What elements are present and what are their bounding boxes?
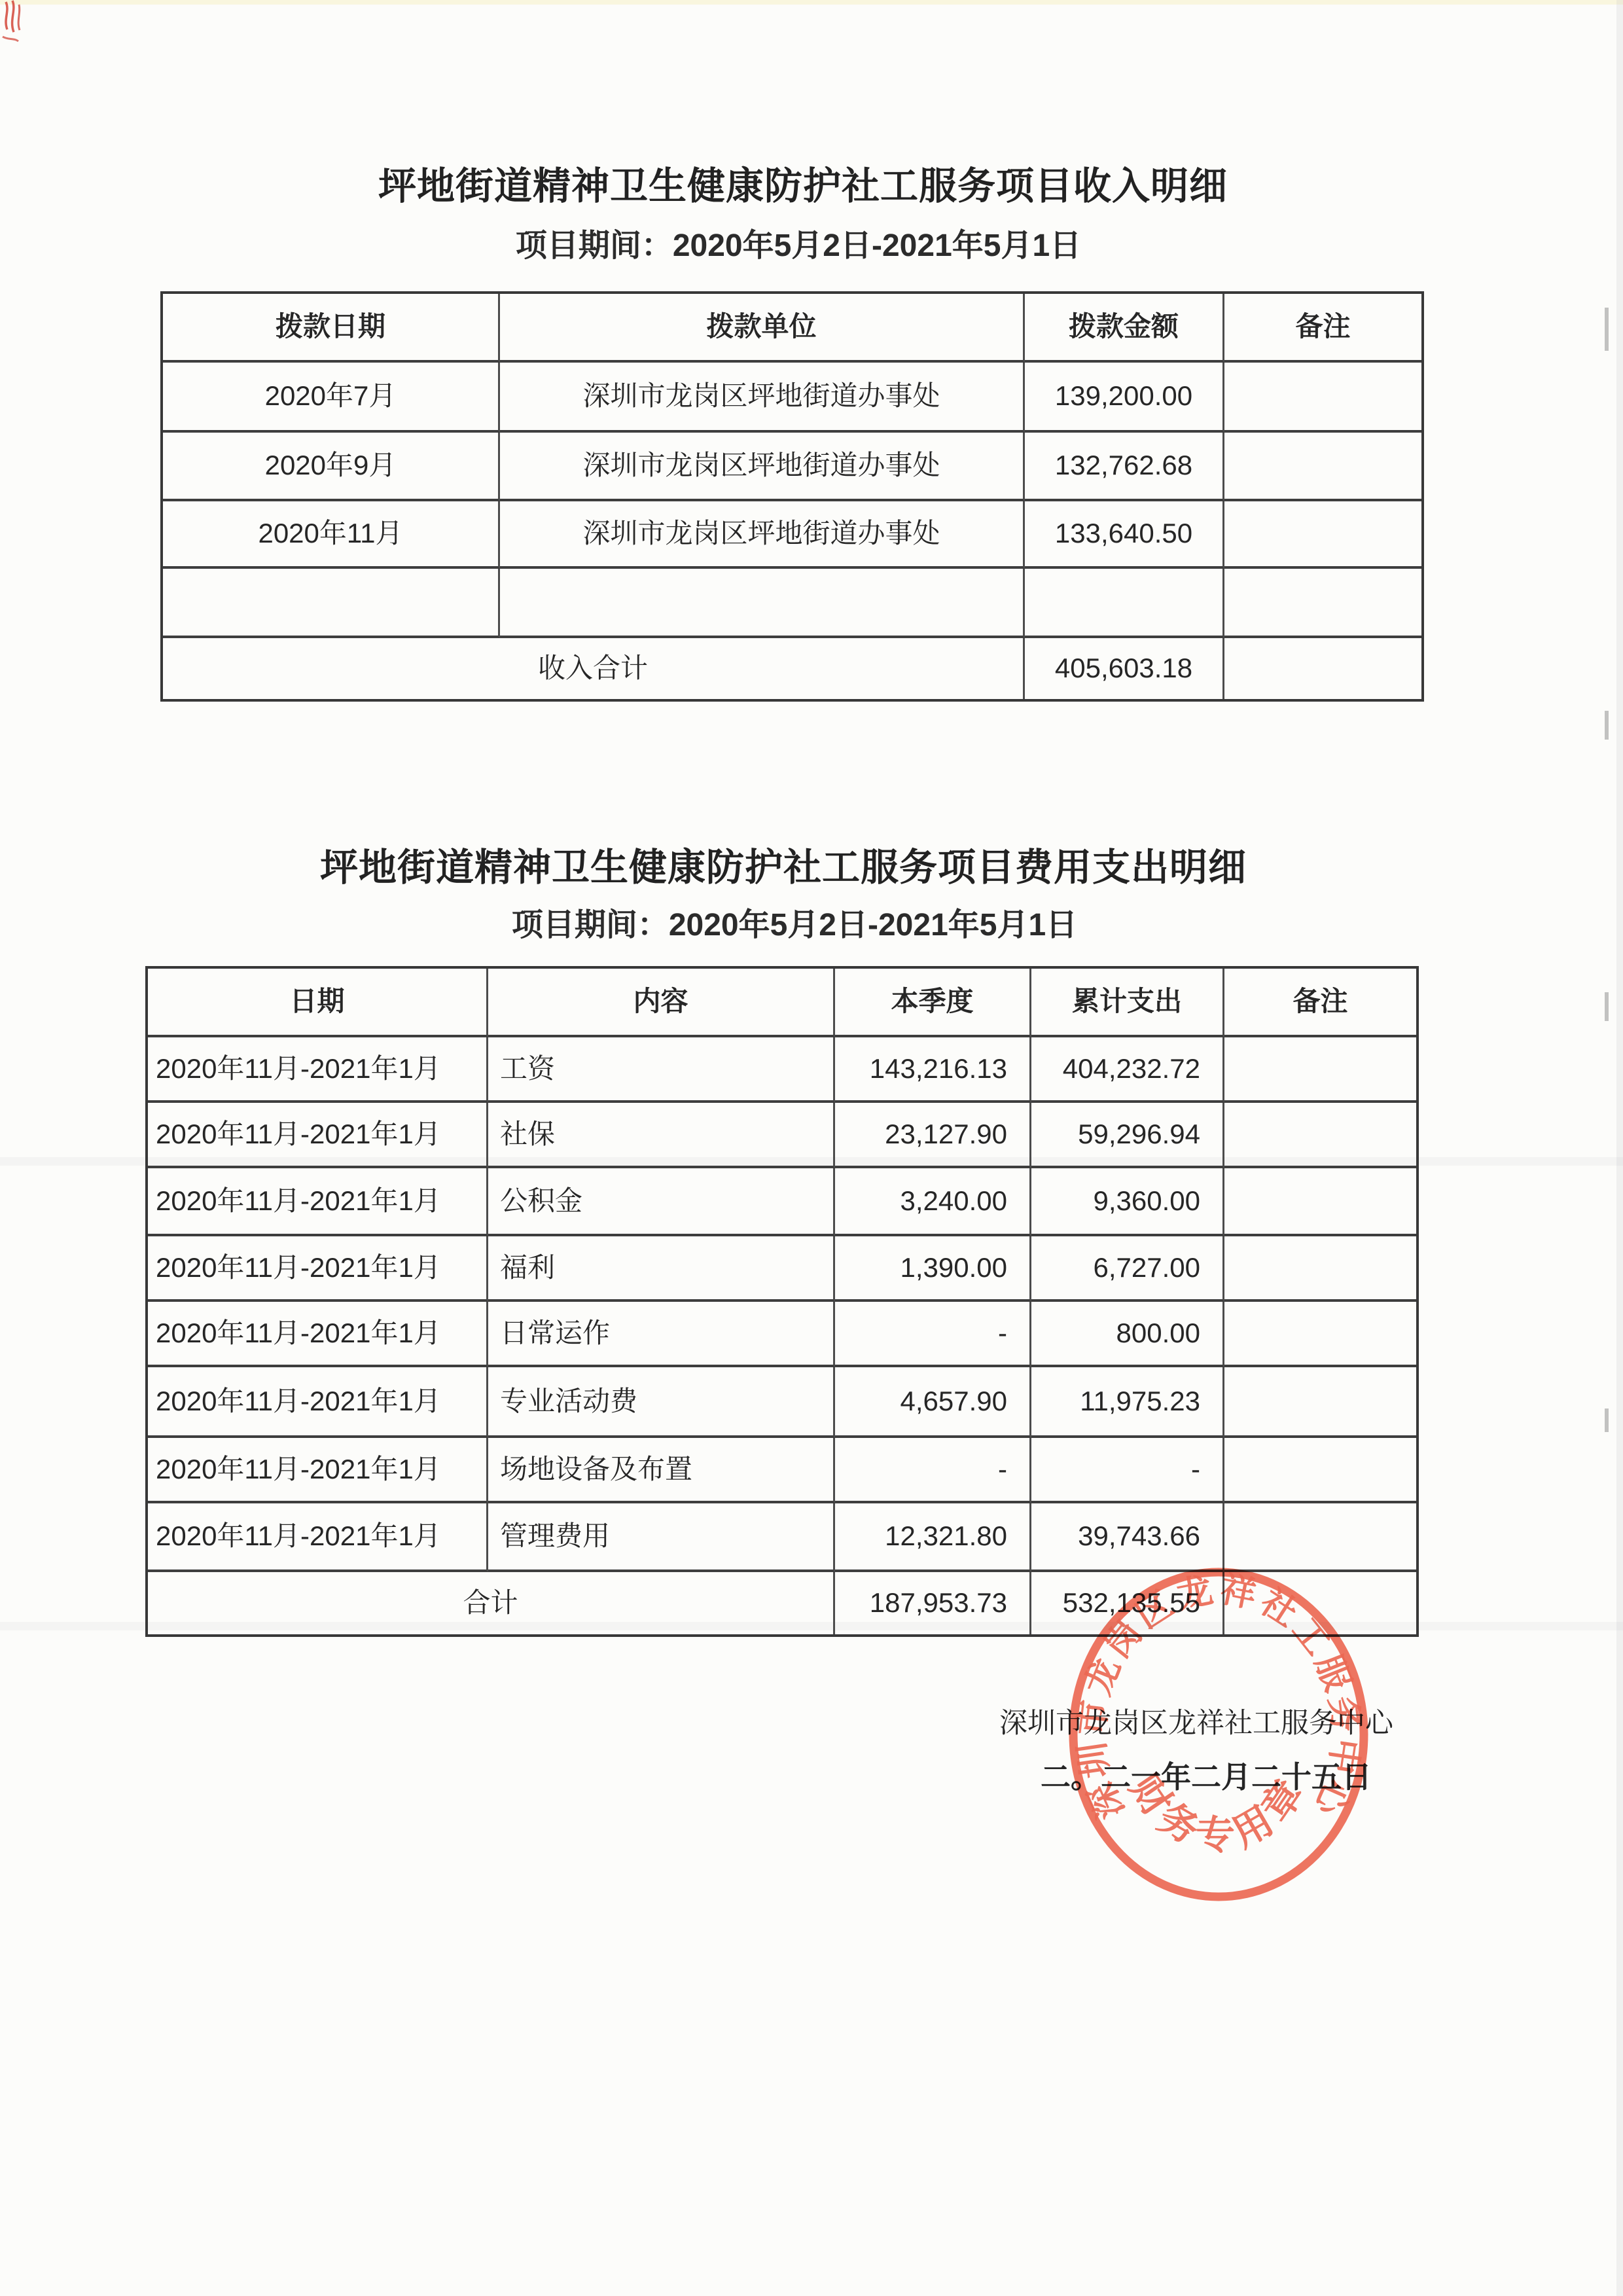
income-cell-note xyxy=(1224,433,1421,501)
expense-cell-note xyxy=(1224,1236,1416,1302)
expense-table: 日期 内容 本季度 累计支出 备注 2020年11月-2021年1月 工资 14… xyxy=(145,966,1419,1637)
income-cell-unit: 深圳市龙岗区坪地街道办事处 xyxy=(500,363,1025,433)
expense-cell-date: 2020年11月-2021年1月 xyxy=(148,1037,488,1103)
income-section-title: 坪地街道精神卫生健康防护社工服务项目收入明细 xyxy=(378,168,1228,206)
expense-cell-quarter: 12,321.80 xyxy=(835,1503,1031,1572)
expense-section-title: 坪地街道精神卫生健康防护社工服务项目费用支出明细 xyxy=(320,849,1247,887)
income-cell-amount: 133,640.50 xyxy=(1025,501,1224,569)
income-cell-note xyxy=(1224,501,1421,569)
expense-cell-quarter: - xyxy=(835,1302,1031,1367)
income-cell-amount: 139,200.00 xyxy=(1025,363,1224,433)
scan-top-edge-artifact xyxy=(0,0,1623,5)
red-pen-scribble xyxy=(0,0,39,59)
income-cell-date: 2020年7月 xyxy=(163,363,500,433)
income-cell-unit: 深圳市龙岗区坪地街道办事处 xyxy=(500,433,1025,501)
income-cell-unit: 深圳市龙岗区坪地街道办事处 xyxy=(500,501,1025,569)
expense-cell-cumulative: 6,727.00 xyxy=(1031,1236,1224,1302)
expense-cell-content: 场地设备及布置 xyxy=(488,1438,835,1503)
expense-cell-quarter: - xyxy=(835,1438,1031,1503)
income-total-note xyxy=(1224,638,1421,699)
income-cell-amount: 132,762.68 xyxy=(1025,433,1224,501)
expense-cell-content: 管理费用 xyxy=(488,1503,835,1572)
income-cell-date: 2020年11月 xyxy=(163,501,500,569)
scan-edge-mark xyxy=(1605,711,1609,740)
income-cell-note xyxy=(1224,363,1421,433)
income-section-period: 项目期间：2020年5月2日-2021年5月1日 xyxy=(516,230,1081,262)
expense-cell-note xyxy=(1224,1367,1416,1438)
expense-cell-cumulative: 11,975.23 xyxy=(1031,1367,1224,1438)
expense-cell-date: 2020年11月-2021年1月 xyxy=(148,1168,488,1236)
expense-header-quarter: 本季度 xyxy=(835,969,1031,1037)
expense-cell-note xyxy=(1224,1037,1416,1103)
expense-cell-content: 福利 xyxy=(488,1236,835,1302)
expense-cell-quarter: 4,657.90 xyxy=(835,1367,1031,1438)
income-total-amount: 405,603.18 xyxy=(1025,638,1224,699)
income-cell-empty xyxy=(1025,569,1224,638)
income-header-unit: 拨款单位 xyxy=(500,294,1025,363)
expense-cell-note xyxy=(1224,1302,1416,1367)
expense-cell-cumulative: 404,232.72 xyxy=(1031,1037,1224,1103)
expense-cell-quarter: 3,240.00 xyxy=(835,1168,1031,1236)
income-table: 拨款日期 拨款单位 拨款金额 备注 2020年7月 深圳市龙岗区坪地街道办事处 … xyxy=(160,291,1424,702)
expense-cell-date: 2020年11月-2021年1月 xyxy=(148,1438,488,1503)
expense-cell-note xyxy=(1224,1103,1416,1168)
expense-section-period: 项目期间：2020年5月2日-2021年5月1日 xyxy=(512,910,1077,941)
income-header-amount: 拨款金额 xyxy=(1025,294,1224,363)
stamp-bottom-text: 财务专用章 xyxy=(1122,1767,1315,1857)
expense-cell-date: 2020年11月-2021年1月 xyxy=(148,1367,488,1438)
expense-header-date: 日期 xyxy=(148,969,488,1037)
expense-cell-content: 工资 xyxy=(488,1037,835,1103)
expense-header-note: 备注 xyxy=(1224,969,1416,1037)
scan-edge-mark xyxy=(1605,1408,1609,1432)
scanned-document-page: 坪地街道精神卫生健康防护社工服务项目收入明细 项目期间：2020年5月2日-20… xyxy=(0,0,1623,2296)
expense-cell-content: 公积金 xyxy=(488,1168,835,1236)
expense-header-cumulative: 累计支出 xyxy=(1031,969,1224,1037)
stamp-ring-text: 深圳市龙岗区龙祥社工服务中心 xyxy=(1071,1570,1365,1825)
expense-cell-date: 2020年11月-2021年1月 xyxy=(148,1503,488,1572)
income-cell-empty xyxy=(163,569,500,638)
income-total-label: 收入合计 xyxy=(163,638,1025,699)
expense-cell-date: 2020年11月-2021年1月 xyxy=(148,1103,488,1168)
expense-cell-cumulative: - xyxy=(1031,1438,1224,1503)
expense-cell-content: 专业活动费 xyxy=(488,1367,835,1438)
expense-cell-cumulative: 9,360.00 xyxy=(1031,1168,1224,1236)
income-header-note: 备注 xyxy=(1224,294,1421,363)
scan-right-edge-artifact xyxy=(1616,0,1623,2296)
expense-cell-quarter: 1,390.00 xyxy=(835,1236,1031,1302)
expense-cell-date: 2020年11月-2021年1月 xyxy=(148,1302,488,1367)
expense-cell-quarter: 143,216.13 xyxy=(835,1037,1031,1103)
svg-text:深圳市龙岗区龙祥社工服务中心: 深圳市龙岗区龙祥社工服务中心 xyxy=(1071,1570,1365,1825)
expense-cell-content: 日常运作 xyxy=(488,1302,835,1367)
svg-text:财务专用章: 财务专用章 xyxy=(1122,1767,1315,1857)
income-header-date: 拨款日期 xyxy=(163,294,500,363)
expense-total-label: 合计 xyxy=(148,1572,835,1634)
expense-header-content: 内容 xyxy=(488,969,835,1037)
expense-total-quarter: 187,953.73 xyxy=(835,1572,1031,1634)
income-cell-empty xyxy=(500,569,1025,638)
expense-cell-quarter: 23,127.90 xyxy=(835,1103,1031,1168)
income-cell-empty xyxy=(1224,569,1421,638)
expense-cell-note xyxy=(1224,1168,1416,1236)
expense-cell-date: 2020年11月-2021年1月 xyxy=(148,1236,488,1302)
expense-cell-content: 社保 xyxy=(488,1103,835,1168)
finance-stamp: 深圳市龙岗区龙祥社工服务中心 财务专用章 xyxy=(1057,1554,1384,1921)
expense-cell-cumulative: 800.00 xyxy=(1031,1302,1224,1367)
income-cell-date: 2020年9月 xyxy=(163,433,500,501)
expense-cell-cumulative: 59,296.94 xyxy=(1031,1103,1224,1168)
expense-cell-note xyxy=(1224,1438,1416,1503)
scan-edge-mark xyxy=(1605,308,1609,351)
scan-edge-mark xyxy=(1605,992,1609,1021)
